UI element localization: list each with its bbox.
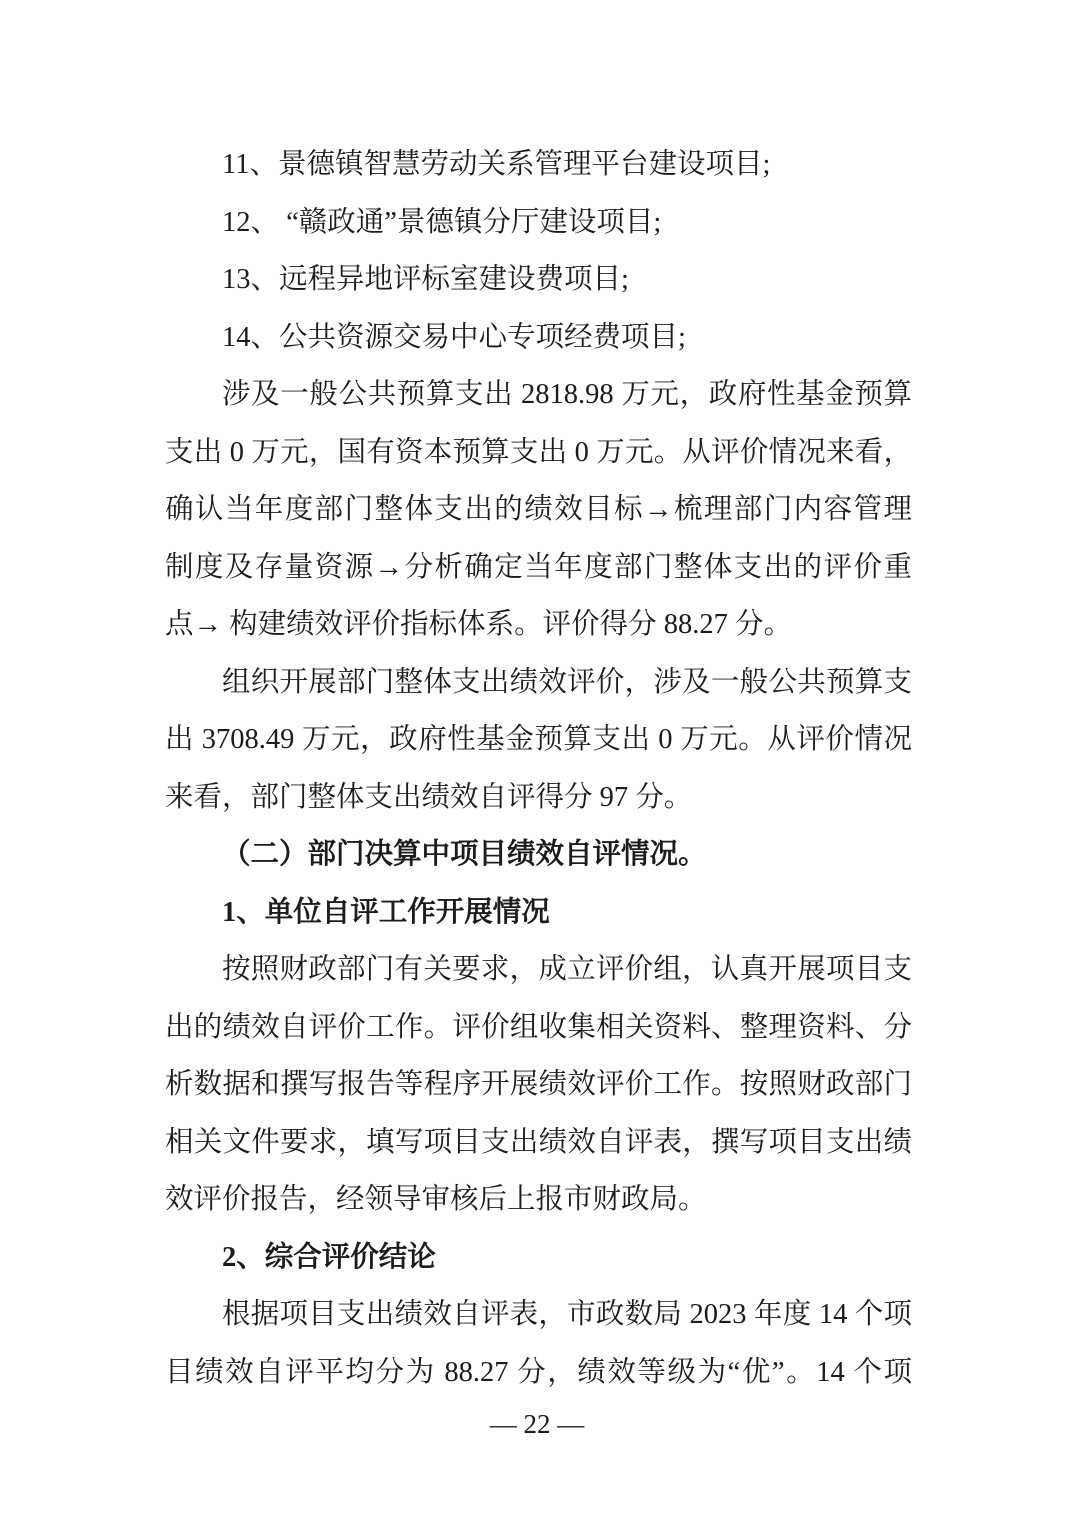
text-line: 点→ 构建绩效评价指标体系。评价得分 88.27 分。 [165, 596, 912, 654]
text-line: 支出 0 万元，国有资本预算支出 0 万元。从评价情况来看， [165, 424, 912, 482]
document-page: 11、景德镇智慧劳动关系管理平台建设项目;12、 “赣政通”景德镇分厅建设项目;… [0, 0, 1074, 1520]
text-line: 确认当年度部门整体支出的绩效目标→梳理部门内容管理 [165, 481, 912, 539]
text-line: 目绩效自评平均分为 88.27 分，绩效等级为“优”。14 个项 [165, 1344, 912, 1402]
text-line: 相关文件要求，填写项目支出绩效自评表，撰写项目支出绩 [165, 1114, 912, 1172]
text-line: 12、 “赣政通”景德镇分厅建设项目; [165, 194, 912, 252]
page-number: — 22 — [0, 1404, 1074, 1444]
section-heading-line: 2、综合评价结论 [165, 1229, 912, 1287]
text-line: 组织开展部门整体支出绩效评价，涉及一般公共预算支 [165, 654, 912, 712]
text-line: 根据项目支出绩效自评表，市政数局 2023 年度 14 个项 [165, 1286, 912, 1344]
text-line: 析数据和撰写报告等程序开展绩效评价工作。按照财政部门 [165, 1056, 912, 1114]
text-line: 效评价报告，经领导审核后上报市财政局。 [165, 1171, 912, 1229]
text-line: 制度及存量资源→分析确定当年度部门整体支出的评价重 [165, 539, 912, 597]
text-line: 出的绩效自评价工作。评价组收集相关资料、整理资料、分 [165, 999, 912, 1057]
text-line: 11、景德镇智慧劳动关系管理平台建设项目; [165, 136, 912, 194]
text-line: 涉及一般公共预算支出 2818.98 万元，政府性基金预算 [165, 366, 912, 424]
text-line: 按照财政部门有关要求，成立评价组，认真开展项目支 [165, 941, 912, 999]
text-line: 来看，部门整体支出绩效自评得分 97 分。 [165, 769, 912, 827]
text-line: 13、远程异地评标室建设费项目; [165, 251, 912, 309]
text-line: 出 3708.49 万元，政府性基金预算支出 0 万元。从评价情况 [165, 711, 912, 769]
section-heading-line: （二）部门决算中项目绩效自评情况。 [165, 826, 912, 884]
section-heading-line: 1、单位自评工作开展情况 [165, 884, 912, 942]
document-body: 11、景德镇智慧劳动关系管理平台建设项目;12、 “赣政通”景德镇分厅建设项目;… [165, 136, 912, 1401]
text-line: 14、公共资源交易中心专项经费项目; [165, 309, 912, 367]
